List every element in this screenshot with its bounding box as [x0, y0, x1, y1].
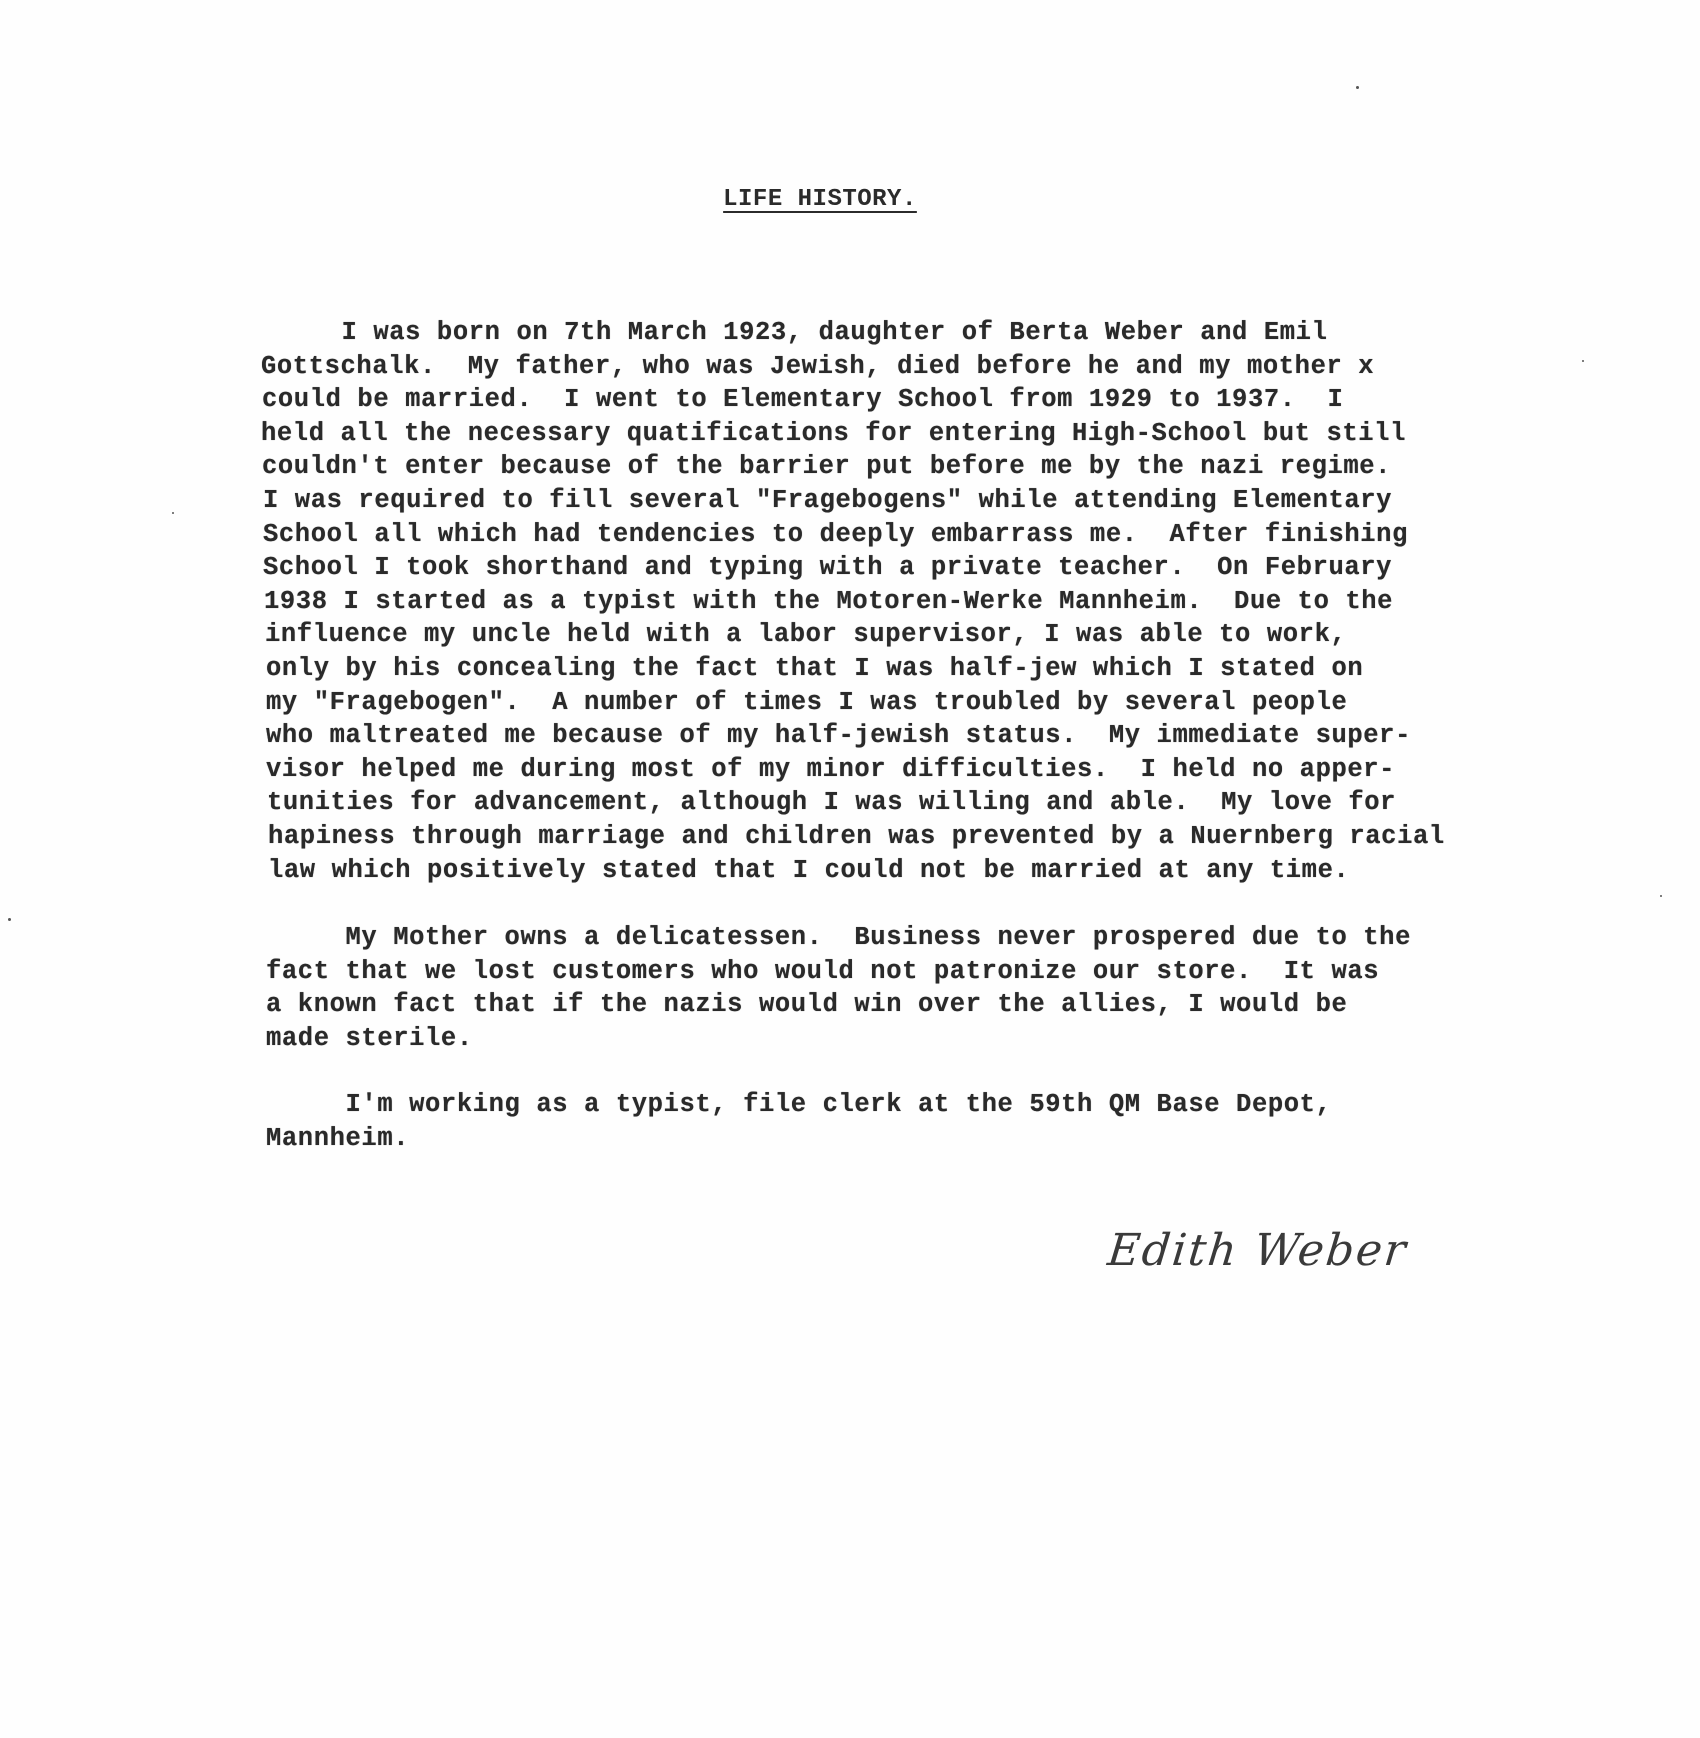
- text-line: only by his concealing the fact that I w…: [266, 654, 1363, 683]
- text-line: who maltreated me because of my half-jew…: [266, 721, 1411, 750]
- text-line: made sterile.: [266, 1024, 473, 1053]
- text-line: Mannheim.: [266, 1124, 409, 1153]
- text-line: hapiness through marriage and children w…: [268, 822, 1445, 851]
- document-page: LIFE HISTORY. I was born on 7th March 19…: [0, 0, 1700, 1738]
- text-line: couldn't enter because of the barrier pu…: [262, 452, 1391, 481]
- scan-speck: [172, 512, 174, 514]
- scan-speck: [1356, 86, 1359, 89]
- text-line: My Mother owns a delicatessen. Business …: [266, 923, 1411, 952]
- text-line: I was required to fill several "Fragebog…: [263, 486, 1392, 515]
- scan-speck: [1660, 895, 1662, 897]
- text-line: 1938 I started as a typist with the Moto…: [264, 587, 1393, 616]
- text-line: I was born on 7th March 1923, daughter o…: [262, 318, 1327, 347]
- text-line: School all which had tendencies to deepl…: [263, 520, 1408, 549]
- text-line: School I took shorthand and typing with …: [263, 553, 1392, 582]
- document-title: LIFE HISTORY.: [0, 186, 1700, 213]
- text-line: law which positively stated that I could…: [268, 856, 1349, 885]
- text-line: a known fact that if the nazis would win…: [266, 990, 1347, 1019]
- text-line: I'm working as a typist, file clerk at t…: [266, 1090, 1331, 1119]
- scan-speck: [8, 918, 11, 921]
- text-line: fact that we lost customers who would no…: [266, 957, 1379, 986]
- signature: Edith Weber: [1105, 1225, 1410, 1276]
- text-line: Gottschalk. My father, who was Jewish, d…: [261, 352, 1374, 381]
- text-line: held all the necessary quatifications fo…: [261, 419, 1406, 448]
- text-line: could be married. I went to Elementary S…: [262, 385, 1343, 414]
- text-line: visor helped me during most of my minor …: [266, 755, 1395, 784]
- text-line: my "Fragebogen". A number of times I was…: [266, 688, 1347, 717]
- text-line: influence my uncle held with a labor sup…: [265, 620, 1346, 649]
- title-text: LIFE HISTORY.: [723, 186, 917, 213]
- scan-speck: [1582, 360, 1584, 362]
- text-line: tunities for advancement, although I was…: [267, 788, 1396, 817]
